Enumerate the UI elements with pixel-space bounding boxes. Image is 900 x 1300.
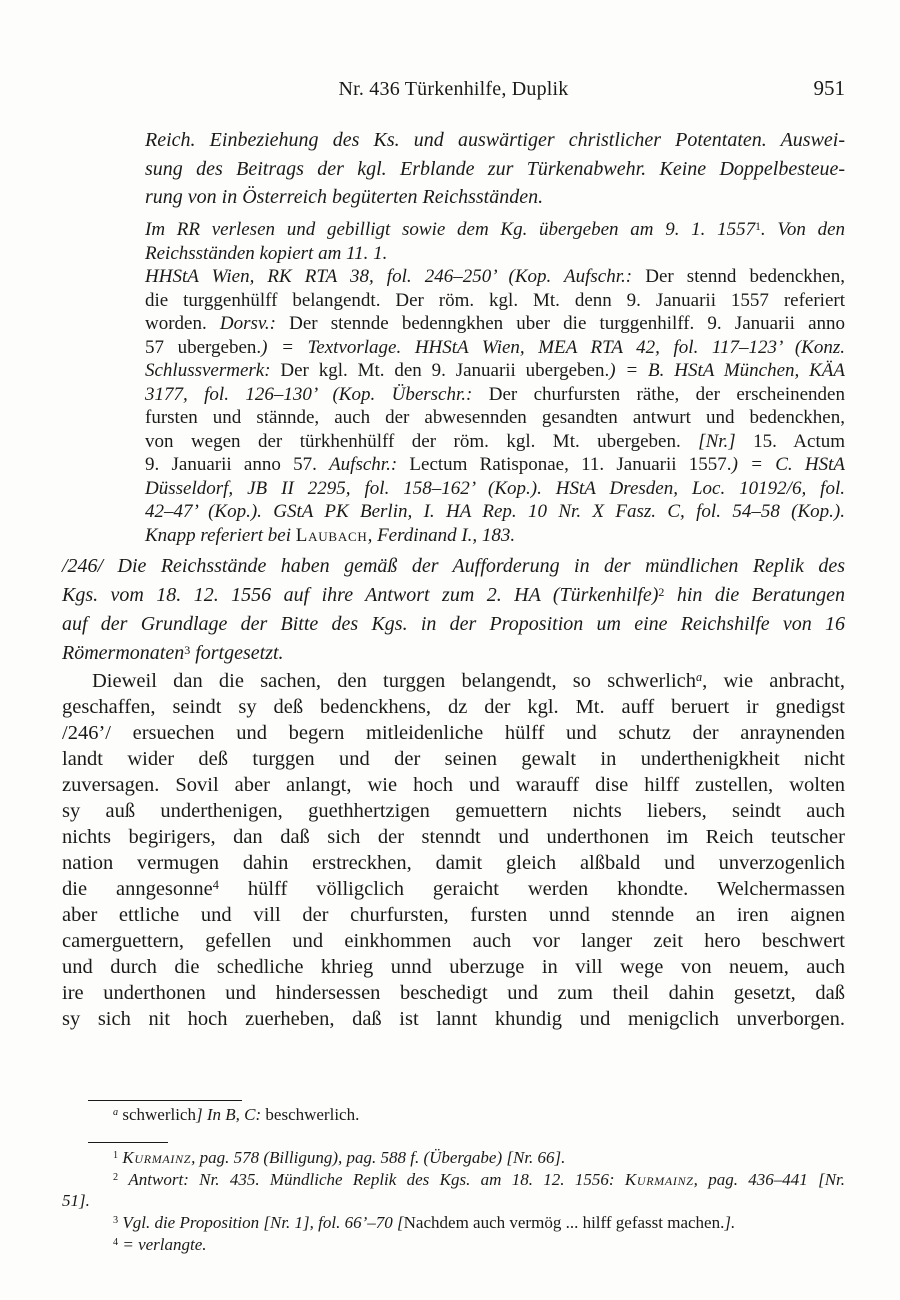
text-line: Reich. Einbeziehung des Ks. und auswärti… — [145, 126, 845, 155]
text-segment: ) = C. HStA — [732, 454, 845, 475]
provenance-note: Im RR verlesen und gebilligt sowie dem K… — [145, 218, 845, 547]
text-segment: Antwort: Nr. 435. Mündliche Replik des K… — [128, 1170, 624, 1189]
text-line: camerguettern, gefellen und einkhommen a… — [62, 928, 845, 954]
text-segment: , wie anbracht, — [702, 670, 845, 692]
text-line: 42–47’ (Kop.). GStA PK Berlin, I. HA Rep… — [145, 500, 845, 524]
text-segment: , pag. 436–441 [Nr. — [694, 1170, 845, 1189]
text-line: Reichsständen kopiert am 11. 1. — [145, 242, 845, 266]
text-segment: beschwerlich. — [265, 1105, 359, 1124]
text-segment: geschaffen, seindt sy deß bedenckhens, d… — [62, 696, 845, 718]
book-page: Nr. 436 Türkenhilfe, Duplik 951 Reich. E… — [0, 0, 900, 1300]
text-segment: worden. — [145, 313, 220, 334]
text-line: zuversagen. Sovil aber anlangt, wie hoch… — [62, 772, 845, 798]
text-segment: Reichsständen kopiert am 11. 1. — [145, 243, 387, 264]
text-segment: camerguettern, gefellen und einkhommen a… — [62, 930, 845, 952]
text-line: Schlussvermerk: Der kgl. Mt. den 9. Janu… — [145, 359, 845, 383]
text-segment: Vgl. die Proposition [Nr. 1], fol. 66’–7… — [122, 1213, 403, 1232]
text-line: worden. Dorsv.: Der stennde bedenngkhen … — [145, 312, 845, 336]
page-number: 951 — [814, 76, 846, 101]
apparatus-separator-rule — [88, 1100, 242, 1101]
text-line: Kgs. vom 18. 12. 1556 auf ihre Antwort z… — [62, 581, 845, 610]
text-segment: hin die Beratungen — [664, 584, 845, 606]
footnote-marker: 3 — [184, 643, 190, 657]
footnote-marker: 4 — [213, 878, 219, 892]
text-segment: ) = Textvorlage. HHStA Wien, MEA RTA 42,… — [261, 337, 845, 358]
text-line: Im RR verlesen und gebilligt sowie dem K… — [145, 218, 845, 242]
text-segment: Römermonaten — [62, 642, 184, 664]
text-segment: 15. Actum — [753, 431, 845, 452]
text-segment: sy auß underthenigen, guethhertzigen gem… — [62, 800, 845, 822]
text-segment: , pag. 578 (Billigung), pag. 588 f. (Übe… — [191, 1148, 565, 1167]
text-segment: Kurmainz — [122, 1148, 191, 1167]
text-line: sy sich nit hoch zuerheben, daß ist lann… — [62, 1006, 845, 1032]
footnote-marker: 4 — [113, 1237, 118, 1248]
text-segment: Der stennde bedenngkhen uber die turggen… — [289, 313, 845, 334]
text-line: 9. Januarii anno 57. Aufschr.: Lectum Ra… — [145, 453, 845, 477]
text-segment: Der churfursten räthe, der erscheinenden — [489, 384, 845, 405]
critical-apparatus: a schwerlich] In B, C: beschwerlich. — [62, 1104, 845, 1126]
text-segment: schwerlich — [118, 1105, 196, 1124]
text-line: 4 = verlangte. — [62, 1234, 845, 1256]
text-line: 3 Vgl. die Proposition [Nr. 1], fol. 66’… — [62, 1212, 845, 1234]
text-segment: ) = B. HStA München, KÄA — [609, 360, 845, 381]
text-segment: Lectum Ratisponae, 11. Januarii 1557. — [409, 454, 731, 475]
text-segment: fortgesetzt. — [190, 642, 283, 664]
text-segment: sy sich nit hoch zuerheben, daß ist lann… — [62, 1008, 845, 1030]
text-segment: [Nr.] — [698, 431, 753, 452]
text-line: und durch die schedliche khrieg unnd ube… — [62, 954, 845, 980]
footnote-marker: 1 — [113, 1150, 118, 1161]
text-line: auf der Grundlage der Bitte des Kgs. in … — [62, 610, 845, 639]
text-segment: 51]. — [62, 1191, 90, 1210]
text-segment: auf der Grundlage der Bitte des Kgs. in … — [62, 613, 845, 635]
text-line: sung des Beitrags der kgl. Erblande zur … — [145, 155, 845, 184]
text-segment: Schlussvermerk: — [145, 360, 280, 381]
footnote-marker: 2 — [658, 585, 664, 599]
text-line: ire underthonen und hindersessen besched… — [62, 980, 845, 1006]
text-line: rung von in Österreich begüterten Reichs… — [145, 183, 845, 212]
text-segment: = verlangte. — [122, 1235, 206, 1254]
text-segment: Knapp referiert bei — [145, 525, 296, 546]
text-line: aber ettliche und vill der churfursten, … — [62, 902, 845, 928]
body-paragraph: Dieweil dan die sachen, den turggen bela… — [62, 668, 845, 1032]
text-segment — [118, 1170, 128, 1189]
text-line: Knapp referiert bei Laubach, Ferdinand I… — [145, 524, 845, 548]
text-segment: fursten und stännde, auch der abwesennde… — [145, 407, 845, 428]
footnote-marker: 2 — [113, 1172, 118, 1183]
text-line: sy auß underthenigen, guethhertzigen gem… — [62, 798, 845, 824]
text-segment: Kurmainz — [625, 1170, 694, 1189]
text-segment: , Ferdinand I., 183. — [368, 525, 516, 546]
text-line: a schwerlich] In B, C: beschwerlich. — [62, 1104, 845, 1126]
text-segment: /246’/ ersuechen und begern mitleidenlic… — [62, 722, 845, 744]
text-segment: aber ettliche und vill der churfursten, … — [62, 904, 845, 926]
text-line: 2 Antwort: Nr. 435. Mündliche Replik des… — [62, 1169, 845, 1191]
text-line: die turggenhülff belangendt. Der röm. kg… — [145, 289, 845, 313]
text-line: 51]. — [62, 1190, 845, 1212]
text-segment: nichts begirigers, dan daß sich der sten… — [62, 826, 845, 848]
text-line: Römermonaten3 fortgesetzt. — [62, 639, 845, 668]
text-line: 1 Kurmainz, pag. 578 (Billigung), pag. 5… — [62, 1147, 845, 1169]
text-line: landt wider deß turggen und der seinen g… — [62, 746, 845, 772]
text-segment: landt wider deß turggen und der seinen g… — [62, 748, 845, 770]
text-line: nation vermugen dahin erstreckhen, damit… — [62, 850, 845, 876]
text-line: HHStA Wien, RK RTA 38, fol. 246–250’ (Ko… — [145, 265, 845, 289]
text-line: die anngesonne4 hülff völligclich geraic… — [62, 876, 845, 902]
footnote-marker: 3 — [113, 1215, 118, 1226]
text-line: Düsseldorf, JB II 2295, fol. 158–162’ (K… — [145, 477, 845, 501]
text-segment: Reich. Einbeziehung des Ks. und auswärti… — [145, 129, 845, 151]
text-segment: Laubach — [296, 525, 368, 546]
text-segment: Der stennd bedenckhen, — [645, 266, 845, 287]
text-line: nichts begirigers, dan daß sich der sten… — [62, 824, 845, 850]
text-segment: hülff völligclich geraicht werden khondt… — [219, 878, 845, 900]
text-segment: Im RR verlesen und gebilligt sowie dem K… — [145, 219, 755, 240]
text-segment: 3177, fol. 126–130’ (Kop. Überschr.: — [145, 384, 489, 405]
text-segment: /246/ Die Reichsstände haben gemäß der A… — [62, 555, 845, 577]
footnote-separator-rule — [88, 1142, 168, 1143]
text-segment: die anngesonne — [62, 878, 213, 900]
text-segment: Der kgl. Mt. den 9. Januarii ubergeben. — [280, 360, 609, 381]
footnote-marker: 1 — [755, 221, 761, 233]
text-segment: und durch die schedliche khrieg unnd ube… — [62, 956, 845, 978]
text-segment: HHStA Wien, RK RTA 38, fol. 246–250’ (Ko… — [145, 266, 645, 287]
text-segment: Düsseldorf, JB II 2295, fol. 158–162’ (K… — [145, 478, 845, 499]
running-header-title: Nr. 436 Türkenhilfe, Duplik — [62, 78, 845, 101]
running-header: Nr. 436 Türkenhilfe, Duplik 951 — [62, 78, 845, 104]
text-line: /246/ Die Reichsstände haben gemäß der A… — [62, 552, 845, 581]
text-segment: 9. Januarii anno 57. — [145, 454, 329, 475]
text-segment: ]. — [724, 1213, 735, 1232]
text-line: fursten und stännde, auch der abwesennde… — [145, 406, 845, 430]
summary-paragraph: Reich. Einbeziehung des Ks. und auswärti… — [145, 126, 845, 212]
text-segment: rung von in Österreich begüterten Reichs… — [145, 186, 543, 208]
text-segment: nation vermugen dahin erstreckhen, damit… — [62, 852, 845, 874]
text-segment: ire underthonen und hindersessen besched… — [62, 982, 845, 1004]
text-segment: zuversagen. Sovil aber anlangt, wie hoch… — [62, 774, 845, 796]
text-line: /246’/ ersuechen und begern mitleidenlic… — [62, 720, 845, 746]
text-line: 3177, fol. 126–130’ (Kop. Überschr.: Der… — [145, 383, 845, 407]
text-line: Dieweil dan die sachen, den turggen bela… — [62, 668, 845, 694]
text-segment: Aufschr.: — [329, 454, 409, 475]
text-segment: Dorsv.: — [220, 313, 289, 334]
footnote-marker: a — [696, 670, 702, 684]
text-segment: 57 ubergeben. — [145, 337, 261, 358]
text-line: 57 ubergeben.) = Textvorlage. HHStA Wien… — [145, 336, 845, 360]
footnotes-block: 1 Kurmainz, pag. 578 (Billigung), pag. 5… — [62, 1147, 845, 1255]
text-line: von wegen der türkhenhülff der röm. kgl.… — [145, 430, 845, 454]
text-segment: sung des Beitrags der kgl. Erblande zur … — [145, 158, 845, 180]
text-segment: Dieweil dan die sachen, den turggen bela… — [92, 670, 696, 692]
text-segment: von wegen der türkhenhülff der röm. kgl.… — [145, 431, 698, 452]
footnote-marker: a — [113, 1107, 118, 1118]
text-segment: Kgs. vom 18. 12. 1556 auf ihre Antwort z… — [62, 584, 658, 606]
text-segment: Nachdem auch vermög ... hilff gefasst ma… — [404, 1213, 725, 1232]
regest-paragraph: /246/ Die Reichsstände haben gemäß der A… — [62, 552, 845, 668]
text-segment: . Von den — [761, 219, 845, 240]
text-segment: die turggenhülff belangendt. Der röm. kg… — [145, 290, 845, 311]
text-segment: ] In B, C: — [196, 1105, 265, 1124]
text-segment: 42–47’ (Kop.). GStA PK Berlin, I. HA Rep… — [145, 501, 845, 522]
text-line: geschaffen, seindt sy deß bedenckhens, d… — [62, 694, 845, 720]
